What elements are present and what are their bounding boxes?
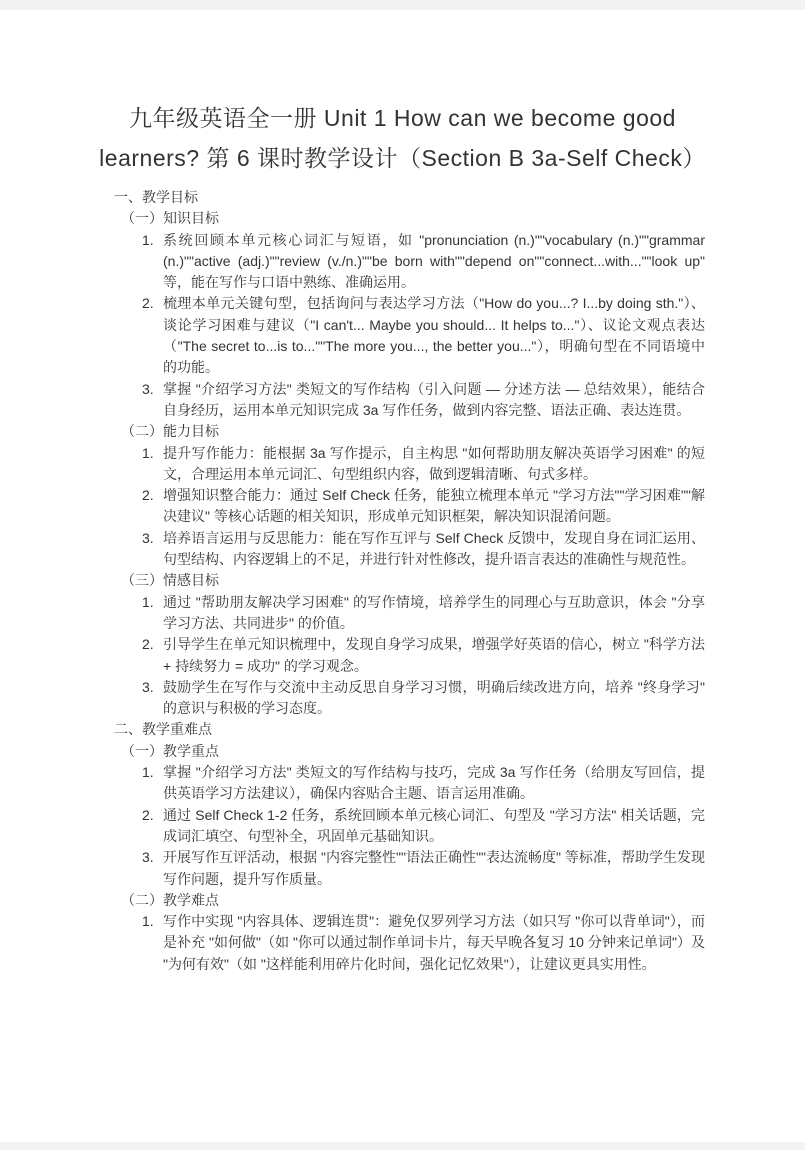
list-item-number: 3. [142, 677, 154, 698]
list-item-number: 1. [142, 592, 154, 613]
list-item-text: 写作中实现 "内容具体、逻辑连贯"：避免仅罗列学习方法（如只写 "你可以背单词"… [163, 913, 705, 972]
list-item-text: 通过 Self Check 1-2 任务，系统回顾本单元核心词汇、句型及 "学习… [163, 807, 705, 844]
page-edge-top [0, 0, 805, 10]
list-item: 1.通过 "帮助朋友解决学习困难" 的写作情境，培养学生的同理心与互助意识，体会… [114, 592, 705, 635]
document-sections: 一、教学目标（一）知识目标1.系统回顾本单元核心词汇与短语，如 "pronunc… [0, 187, 805, 975]
list-item-text: 提升写作能力：能根据 3a 写作提示，自主构思 "如何帮助朋友解决英语学习困难"… [163, 445, 705, 482]
list-item-text: 增强知识整合能力：通过 Self Check 任务，能独立梳理本单元 "学习方法… [163, 487, 705, 524]
list-item: 1.掌握 "介绍学习方法" 类短文的写作结构与技巧，完成 3a 写作任务（给朋友… [114, 762, 705, 805]
list-item-number: 2. [142, 485, 154, 506]
subsection-heading: （二）能力目标 [114, 421, 705, 442]
list-item-number: 2. [142, 805, 154, 826]
list-item: 2.梳理本单元关键句型，包括询问与表达学习方法（"How do you...? … [114, 293, 705, 378]
list-item-number: 3. [142, 847, 154, 868]
subsection-heading: （一）知识目标 [114, 208, 705, 229]
list-item-text: 梳理本单元关键句型，包括询问与表达学习方法（"How do you...? I.… [163, 295, 705, 375]
list-item-number: 2. [142, 634, 154, 655]
subsection-heading: （三）情感目标 [114, 570, 705, 591]
list-item: 3.培养语言运用与反思能力：能在写作互评与 Self Check 反馈中，发现自… [114, 528, 705, 571]
document-title: 九年级英语全一册 Unit 1 How can we become good l… [0, 98, 805, 178]
document-title-line-1: 九年级英语全一册 Unit 1 How can we become good [0, 98, 805, 138]
list-item: 2.引导学生在单元知识梳理中，发现自身学习成果，增强学好英语的信心，树立 "科学… [114, 634, 705, 677]
list-item: 1.写作中实现 "内容具体、逻辑连贯"：避免仅罗列学习方法（如只写 "你可以背单… [114, 911, 705, 975]
list-item: 1.提升写作能力：能根据 3a 写作提示，自主构思 "如何帮助朋友解决英语学习困… [114, 443, 705, 486]
list-item: 2.增强知识整合能力：通过 Self Check 任务，能独立梳理本单元 "学习… [114, 485, 705, 528]
list-item-text: 引导学生在单元知识梳理中，发现自身学习成果，增强学好英语的信心，树立 "科学方法… [163, 636, 705, 673]
subsection-heading: （一）教学重点 [114, 741, 705, 762]
list-item-text: 通过 "帮助朋友解决学习困难" 的写作情境，培养学生的同理心与互助意识，体会 "… [163, 594, 705, 631]
list-item-text: 系统回顾本单元核心词汇与短语，如 "pronunciation (n.)""vo… [163, 232, 705, 291]
list-item-number: 3. [142, 379, 154, 400]
list-item: 2.通过 Self Check 1-2 任务，系统回顾本单元核心词汇、句型及 "… [114, 805, 705, 848]
list-item-text: 开展写作互评活动，根据 "内容完整性""语法正确性""表达流畅度" 等标准，帮助… [163, 849, 705, 886]
list-item-text: 培养语言运用与反思能力：能在写作互评与 Self Check 反馈中，发现自身在… [163, 530, 705, 567]
document-title-line-2: learners? 第 6 课时教学设计（Section B 3a-Self C… [0, 138, 805, 178]
list-item-number: 2. [142, 293, 154, 314]
list-item-text: 掌握 "介绍学习方法" 类短文的写作结构（引入问题 — 分述方法 — 总结效果）… [163, 381, 705, 418]
list-item: 3.掌握 "介绍学习方法" 类短文的写作结构（引入问题 — 分述方法 — 总结效… [114, 379, 705, 422]
list-item: 3.开展写作互评活动，根据 "内容完整性""语法正确性""表达流畅度" 等标准，… [114, 847, 705, 890]
list-item-number: 3. [142, 528, 154, 549]
section-heading: 二、教学重难点 [114, 719, 705, 740]
list-item-number: 1. [142, 443, 154, 464]
list-item: 3.鼓励学生在写作与交流中主动反思自身学习习惯，明确后续改进方向，培养 "终身学… [114, 677, 705, 720]
section-heading: 一、教学目标 [114, 187, 705, 208]
list-item-text: 鼓励学生在写作与交流中主动反思自身学习习惯，明确后续改进方向，培养 "终身学习"… [163, 679, 705, 716]
document-page: 九年级英语全一册 Unit 1 How can we become good l… [0, 10, 805, 1142]
list-item-number: 1. [142, 230, 154, 251]
page-edge-bottom [0, 1142, 805, 1150]
list-item: 1.系统回顾本单元核心词汇与短语，如 "pronunciation (n.)""… [114, 230, 705, 294]
list-item-text: 掌握 "介绍学习方法" 类短文的写作结构与技巧，完成 3a 写作任务（给朋友写回… [163, 764, 705, 801]
subsection-heading: （二）教学难点 [114, 890, 705, 911]
list-item-number: 1. [142, 762, 154, 783]
list-item-number: 1. [142, 911, 154, 932]
